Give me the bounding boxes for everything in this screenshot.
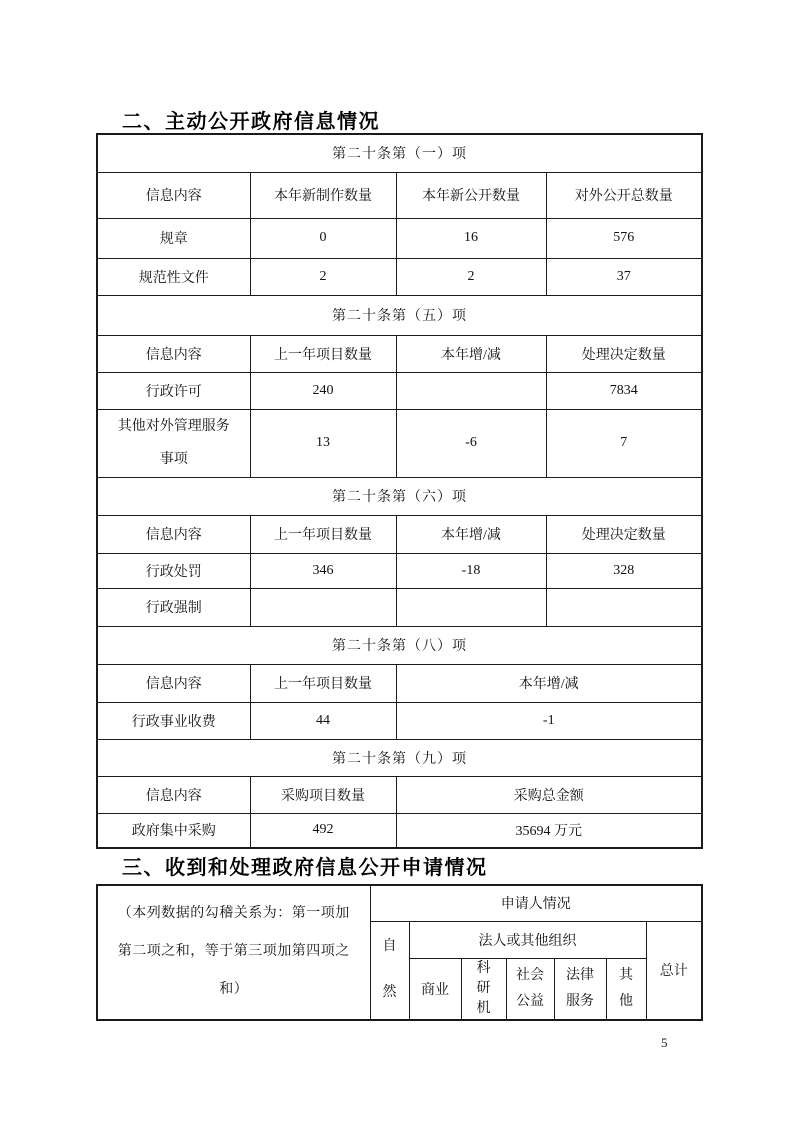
data-cell: 240: [250, 372, 396, 409]
data-cell: 2: [396, 258, 546, 295]
col-header: 信息内容: [97, 515, 250, 553]
data-cell: -1: [396, 702, 702, 739]
data-cell: 7: [546, 409, 702, 477]
data-cell: 37: [546, 258, 702, 295]
data-cell: [250, 588, 396, 626]
data-cell: [396, 372, 546, 409]
page-number: 5: [661, 1035, 668, 1051]
legal-org-group-header: 法人或其他组织: [409, 921, 646, 958]
document-page: 二、主动公开政府信息情况 第二十条第（一）项 信息内容 本年新制作数量 本年新公…: [0, 0, 793, 1122]
section-header-article20-item8: 第二十条第（八）项: [97, 626, 702, 664]
section-header-article20-item6: 第二十条第（六）项: [97, 477, 702, 515]
data-cell: 328: [546, 553, 702, 588]
col-header: 采购项目数量: [250, 776, 396, 813]
col-header: 信息内容: [97, 172, 250, 218]
row-label: 规范性文件: [97, 258, 250, 295]
row-label: 行政处罚: [97, 553, 250, 588]
org-type-col-header-other: 其 他: [606, 958, 646, 1020]
org-type-col-header-legal-service: 法律 服务: [554, 958, 606, 1020]
article20-item6-section: 第二十条第（六）项 信息内容 上一年项目数量 本年增/减 处理决定数量 行政处罚…: [97, 477, 702, 626]
section-header-article20-item5: 第二十条第（五）项: [97, 295, 702, 335]
data-cell: 492: [250, 813, 396, 848]
col-header: 信息内容: [97, 335, 250, 372]
col-header: 处理决定数量: [546, 515, 702, 553]
data-cell: [546, 588, 702, 626]
col-header: 信息内容: [97, 776, 250, 813]
col-header: 上一年项目数量: [250, 515, 396, 553]
section-header-article20-item1: 第二十条第（一）项: [97, 134, 702, 172]
data-cell: [396, 588, 546, 626]
org-type-col-header-commercial: 商业: [409, 958, 461, 1020]
article20-item5-section: 第二十条第（五）项 信息内容 上一年项目数量 本年增/减 处理决定数量 行政许可…: [97, 295, 702, 477]
data-cell: 346: [250, 553, 396, 588]
note-cell: （本列数据的勾稽关系为：第一项加 第二项之和，等于第三项加第四项之 和）: [97, 885, 370, 1020]
row-label: 其他对外管理服务 事项: [97, 409, 250, 477]
row-label: 规章: [97, 218, 250, 258]
data-cell: 7834: [546, 372, 702, 409]
row-label: 行政许可: [97, 372, 250, 409]
col-header: 本年增/减: [396, 664, 702, 702]
request-processing-table: （本列数据的勾稽关系为：第一项加 第二项之和，等于第三项加第四项之 和） 申请人…: [96, 884, 703, 1021]
row-label: 行政事业收费: [97, 702, 250, 739]
data-cell: 16: [396, 218, 546, 258]
applicant-status-header: 申请人情况: [370, 885, 702, 921]
data-cell: 576: [546, 218, 702, 258]
data-cell: 44: [250, 702, 396, 739]
data-cell: 0: [250, 218, 396, 258]
natural-person-col-header: 自 然: [370, 921, 409, 1020]
col-header: 信息内容: [97, 664, 250, 702]
row-label: 行政强制: [97, 588, 250, 626]
data-cell: 13: [250, 409, 396, 477]
col-header: 采购总金额: [396, 776, 702, 813]
total-col-header: 总计: [646, 921, 702, 1020]
article20-item1-section: 第二十条第（一）项 信息内容 本年新制作数量 本年新公开数量 对外公开总数量 规…: [97, 134, 702, 295]
data-cell: 35694 万元: [396, 813, 702, 848]
article20-item8-section: 第二十条第（八）项 信息内容 上一年项目数量 本年增/减 行政事业收费 44 -…: [97, 626, 702, 739]
col-header: 上一年项目数量: [250, 335, 396, 372]
col-header: 上一年项目数量: [250, 664, 396, 702]
col-header: 本年新制作数量: [250, 172, 396, 218]
data-cell: 2: [250, 258, 396, 295]
section-2-heading: 二、主动公开政府信息情况: [122, 105, 380, 134]
org-type-col-header-public-welfare: 社会 公益: [506, 958, 554, 1020]
section-header-article20-item9: 第二十条第（九）项: [97, 739, 702, 776]
col-header: 本年增/减: [396, 335, 546, 372]
col-header: 本年增/减: [396, 515, 546, 553]
article20-item9-section: 第二十条第（九）项 信息内容 采购项目数量 采购总金额 政府集中采购 492 3…: [97, 739, 702, 848]
data-cell: -6: [396, 409, 546, 477]
data-cell: -18: [396, 553, 546, 588]
active-disclosure-table: 第二十条第（一）项 信息内容 本年新制作数量 本年新公开数量 对外公开总数量 规…: [96, 133, 703, 849]
col-header: 处理决定数量: [546, 335, 702, 372]
row-label: 政府集中采购: [97, 813, 250, 848]
section-3-heading: 三、收到和处理政府信息公开申请情况: [122, 851, 488, 880]
org-type-col-header-research: 科 研 机: [461, 958, 506, 1020]
col-header: 对外公开总数量: [546, 172, 702, 218]
col-header: 本年新公开数量: [396, 172, 546, 218]
